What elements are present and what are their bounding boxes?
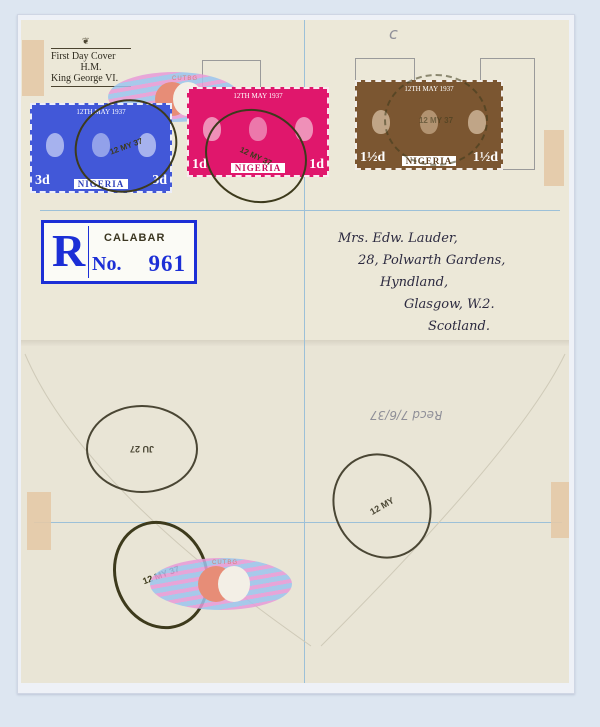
postmark-date: 12 MY 37 (108, 136, 143, 156)
stamp-value: 1d (309, 157, 324, 173)
postmark-date: 12 MY 37 (239, 145, 274, 168)
pencil-received-note: Recd 7/6/37 (370, 408, 442, 422)
stamp-value: 1½d (473, 150, 498, 166)
stamp-value: 3d (35, 173, 50, 189)
hinge-tape (544, 130, 564, 186)
registration-crayon-horizontal-front (40, 210, 560, 211)
heading-line: First Day Cover (51, 51, 131, 62)
hinge-tape (22, 40, 44, 96)
stamp-date: 12TH MAY 1937 (189, 92, 327, 100)
postmark-date: 12 MY 37 (419, 116, 453, 125)
pencil-mark: c (389, 24, 398, 43)
recipient-address: Mrs. Edw. Lauder, 28, Polwarth Gardens, … (338, 228, 505, 338)
watermark-text: CUTBG (212, 560, 238, 566)
address-line: Glasgow, W.2. (404, 294, 505, 316)
registration-number: 961 (149, 251, 187, 277)
label-divider (88, 226, 89, 278)
watermark-crescent-icon (218, 566, 250, 602)
postmark-birmingham: JU 27 (86, 405, 198, 493)
hinge-tape (551, 482, 569, 538)
registration-label: R CALABAR No. 961 (41, 220, 197, 284)
postmark-calabar: 12 MY 37 (384, 74, 488, 166)
registration-town: CALABAR (104, 232, 165, 244)
address-line: Mrs. Edw. Lauder, (338, 228, 505, 250)
registration-letter: R (52, 225, 85, 277)
heading-line: H.M. (51, 62, 131, 73)
queen-portrait (46, 133, 64, 157)
stamp-value: 1½d (360, 150, 385, 166)
registration-no-label: No. (92, 253, 121, 276)
address-line: 28, Polwarth Gardens, (358, 250, 505, 272)
postmark-date: 12 MY (368, 495, 396, 517)
hinge-tape (27, 492, 51, 550)
cover-back (21, 346, 569, 683)
address-line: Hyndland, (380, 272, 505, 294)
address-line: Scotland. (428, 316, 505, 338)
watermark-text: CUTBG (172, 76, 198, 82)
registration-crayon-horizontal-back (34, 522, 562, 523)
postmark-date: JU 27 (130, 444, 154, 454)
